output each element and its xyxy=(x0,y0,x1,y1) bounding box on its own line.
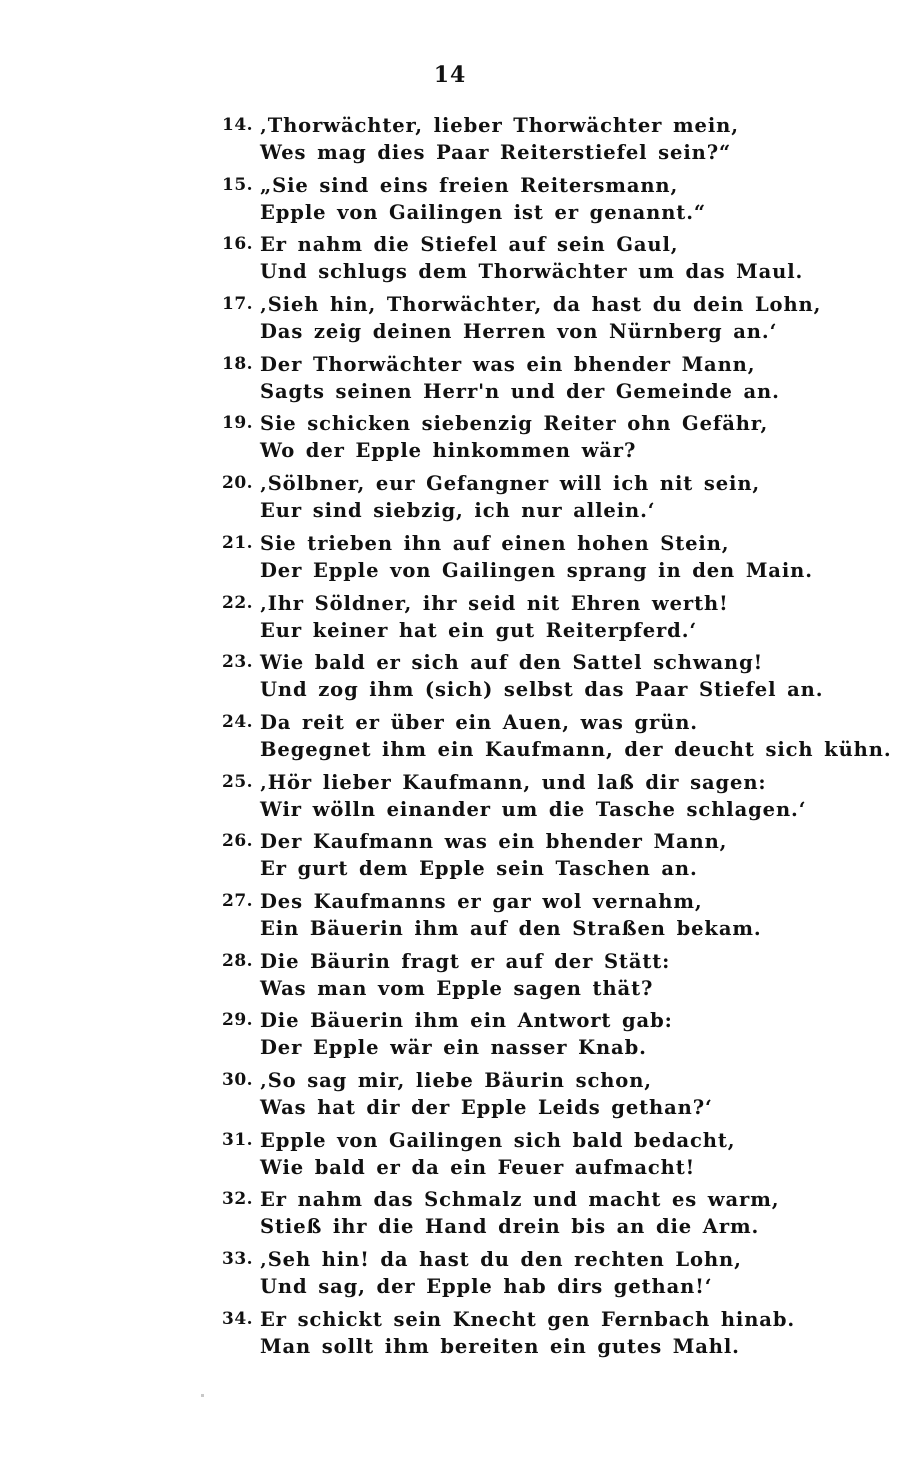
verse-line: ‚Sieh hin, Thorwächter, da hast du dein … xyxy=(260,291,821,318)
verse-line: Was hat dir der Epple Leids gethan?‘ xyxy=(260,1094,713,1121)
verse-line: „Sie sind eins freien Reitersmann, xyxy=(260,172,706,199)
stanza-lines: ‚Sieh hin, Thorwächter, da hast du dein … xyxy=(260,291,821,345)
verse-line: ‚Sölbner, eur Gefangner will ich nit sei… xyxy=(260,470,760,497)
stanza: 15.„Sie sind eins freien Reitersmann,Epp… xyxy=(222,172,742,232)
stanza-number: 16. xyxy=(222,231,253,258)
stanza: 14.‚Thorwächter, lieber Thorwächter mein… xyxy=(222,112,742,172)
verse-line: Eur keiner hat ein gut Reiterpferd.‘ xyxy=(260,617,729,644)
stanza-number: 25. xyxy=(222,769,253,796)
verse-line: ‚Hör lieber Kaufmann, und laß dir sagen: xyxy=(260,769,806,796)
poem-body: 14.‚Thorwächter, lieber Thorwächter mein… xyxy=(222,112,742,1365)
verse-line: Der Epple von Gailingen sprang in den Ma… xyxy=(260,557,813,584)
verse-line: Da reit er über ein Auen, was grün. xyxy=(260,709,892,736)
verse-line: Epple von Gailingen ist er genannt.“ xyxy=(260,199,706,226)
stanza: 20.‚Sölbner, eur Gefangner will ich nit … xyxy=(222,470,742,530)
verse-line: Und sag, der Epple hab dirs gethan!‘ xyxy=(260,1273,742,1300)
stanza-number: 22. xyxy=(222,590,253,617)
stanza-lines: ‚Hör lieber Kaufmann, und laß dir sagen:… xyxy=(260,769,806,823)
stanza-number: 32. xyxy=(222,1186,253,1213)
stanza: 24.Da reit er über ein Auen, was grün.Be… xyxy=(222,709,742,769)
stanza-number: 14. xyxy=(222,112,253,139)
stanza-lines: Er nahm die Stiefel auf sein Gaul,Und sc… xyxy=(260,231,803,285)
verse-line: Eur sind siebzig, ich nur allein.‘ xyxy=(260,497,760,524)
page-number: 14 xyxy=(0,62,900,88)
verse-line: ‚So sag mir, liebe Bäurin schon, xyxy=(260,1067,713,1094)
stanza-number: 23. xyxy=(222,649,253,676)
stanza: 16.Er nahm die Stiefel auf sein Gaul,Und… xyxy=(222,231,742,291)
stanza-number: 33. xyxy=(222,1246,253,1273)
verse-line: Ein Bäuerin ihm auf den Straßen bekam. xyxy=(260,915,762,942)
stanza-lines: Sie trieben ihn auf einen hohen Stein,De… xyxy=(260,530,813,584)
verse-line: Und zog ihm (sich) selbst das Paar Stief… xyxy=(260,676,823,703)
stanza-number: 28. xyxy=(222,948,253,975)
verse-line: Man sollt ihm bereiten ein gutes Mahl. xyxy=(260,1333,795,1360)
stanza-lines: „Sie sind eins freien Reitersmann,Epple … xyxy=(260,172,706,226)
verse-line: Was man vom Epple sagen thät? xyxy=(260,975,670,1002)
verse-line: Der Kaufmann was ein bhender Mann, xyxy=(260,828,727,855)
stanza-lines: Die Bäuerin ihm ein Antwort gab:Der Eppl… xyxy=(260,1007,673,1061)
stanza: 18.Der Thorwächter was ein bhender Mann,… xyxy=(222,351,742,411)
verse-line: Er nahm das Schmalz und macht es warm, xyxy=(260,1186,779,1213)
verse-line: Er schickt sein Knecht gen Fernbach hina… xyxy=(260,1306,795,1333)
stanza: 26.Der Kaufmann was ein bhender Mann,Er … xyxy=(222,828,742,888)
stanza-lines: Der Kaufmann was ein bhender Mann,Er gur… xyxy=(260,828,727,882)
stanza-lines: ‚So sag mir, liebe Bäurin schon,Was hat … xyxy=(260,1067,713,1121)
stanza: 23.Wie bald er sich auf den Sattel schwa… xyxy=(222,649,742,709)
verse-line: Wes mag dies Paar Reiterstiefel sein?“ xyxy=(260,139,739,166)
stanza: 29.Die Bäuerin ihm ein Antwort gab:Der E… xyxy=(222,1007,742,1067)
stanza-number: 31. xyxy=(222,1127,253,1154)
stanza-number: 27. xyxy=(222,888,253,915)
verse-line: Wir wölln einander um die Tasche schlage… xyxy=(260,796,806,823)
verse-line: Sagts seinen Herr'n und der Gemeinde an. xyxy=(260,378,780,405)
verse-line: Wie bald er da ein Feuer aufmacht! xyxy=(260,1154,735,1181)
stanza-number: 26. xyxy=(222,828,253,855)
stanza-number: 24. xyxy=(222,709,253,736)
stanza: 19.Sie schicken siebenzig Reiter ohn Gef… xyxy=(222,410,742,470)
verse-line: Sie schicken siebenzig Reiter ohn Gefähr… xyxy=(260,410,768,437)
verse-line: Die Bäuerin ihm ein Antwort gab: xyxy=(260,1007,673,1034)
stanza-lines: Sie schicken siebenzig Reiter ohn Gefähr… xyxy=(260,410,768,464)
stanza-lines: ‚Ihr Söldner, ihr seid nit Ehren werth!E… xyxy=(260,590,729,644)
stanza-lines: ‚Sölbner, eur Gefangner will ich nit sei… xyxy=(260,470,760,524)
stanza: 28.Die Bäurin fragt er auf der Stätt:Was… xyxy=(222,948,742,1008)
verse-line: Epple von Gailingen sich bald bedacht, xyxy=(260,1127,735,1154)
stanza-lines: Er nahm das Schmalz und macht es warm,St… xyxy=(260,1186,779,1240)
stanza: 32.Er nahm das Schmalz und macht es warm… xyxy=(222,1186,742,1246)
verse-line: Er gurt dem Epple sein Taschen an. xyxy=(260,855,727,882)
stanza-number: 17. xyxy=(222,291,253,318)
stanza-lines: ‚Seh hin! da hast du den rechten Lohn,Un… xyxy=(260,1246,742,1300)
verse-line: Der Epple wär ein nasser Knab. xyxy=(260,1034,673,1061)
verse-line: Stieß ihr die Hand drein bis an die Arm. xyxy=(260,1213,779,1240)
verse-line: Begegnet ihm ein Kaufmann, der deucht si… xyxy=(260,736,892,763)
verse-line: Wie bald er sich auf den Sattel schwang! xyxy=(260,649,823,676)
verse-line: Des Kaufmanns er gar wol vernahm, xyxy=(260,888,762,915)
stanza: 30.‚So sag mir, liebe Bäurin schon,Was h… xyxy=(222,1067,742,1127)
scan-dust-speck xyxy=(201,1394,204,1397)
stanza: 17.‚Sieh hin, Thorwächter, da hast du de… xyxy=(222,291,742,351)
verse-line: ‚Seh hin! da hast du den rechten Lohn, xyxy=(260,1246,742,1273)
stanza-lines: ‚Thorwächter, lieber Thorwächter mein,We… xyxy=(260,112,739,166)
verse-line: Der Thorwächter was ein bhender Mann, xyxy=(260,351,780,378)
stanza-lines: Die Bäurin fragt er auf der Stätt:Was ma… xyxy=(260,948,670,1002)
stanza: 31.Epple von Gailingen sich bald bedacht… xyxy=(222,1127,742,1187)
stanza-number: 21. xyxy=(222,530,253,557)
verse-line: Und schlugs dem Thorwächter um das Maul. xyxy=(260,258,803,285)
stanza-lines: Er schickt sein Knecht gen Fernbach hina… xyxy=(260,1306,795,1360)
stanza: 27.Des Kaufmanns er gar wol vernahm,Ein … xyxy=(222,888,742,948)
stanza-lines: Wie bald er sich auf den Sattel schwang!… xyxy=(260,649,823,703)
stanza: 33.‚Seh hin! da hast du den rechten Lohn… xyxy=(222,1246,742,1306)
verse-line: Er nahm die Stiefel auf sein Gaul, xyxy=(260,231,803,258)
stanza-number: 20. xyxy=(222,470,253,497)
stanza-number: 29. xyxy=(222,1007,253,1034)
verse-line: Wo der Epple hinkommen wär? xyxy=(260,437,768,464)
stanza-lines: Da reit er über ein Auen, was grün.Begeg… xyxy=(260,709,892,763)
verse-line: ‚Ihr Söldner, ihr seid nit Ehren werth! xyxy=(260,590,729,617)
stanza: 25.‚Hör lieber Kaufmann, und laß dir sag… xyxy=(222,769,742,829)
stanza-lines: Des Kaufmanns er gar wol vernahm,Ein Bäu… xyxy=(260,888,762,942)
verse-line: Das zeig deinen Herren von Nürnberg an.‘ xyxy=(260,318,821,345)
stanza: 22.‚Ihr Söldner, ihr seid nit Ehren wert… xyxy=(222,590,742,650)
stanza: 21.Sie trieben ihn auf einen hohen Stein… xyxy=(222,530,742,590)
stanza-number: 30. xyxy=(222,1067,253,1094)
stanza-number: 15. xyxy=(222,172,253,199)
stanza-lines: Der Thorwächter was ein bhender Mann,Sag… xyxy=(260,351,780,405)
stanza-lines: Epple von Gailingen sich bald bedacht,Wi… xyxy=(260,1127,735,1181)
stanza: 34.Er schickt sein Knecht gen Fernbach h… xyxy=(222,1306,742,1366)
stanza-number: 18. xyxy=(222,351,253,378)
stanza-number: 34. xyxy=(222,1306,253,1333)
verse-line: ‚Thorwächter, lieber Thorwächter mein, xyxy=(260,112,739,139)
stanza-number: 19. xyxy=(222,410,253,437)
verse-line: Die Bäurin fragt er auf der Stätt: xyxy=(260,948,670,975)
verse-line: Sie trieben ihn auf einen hohen Stein, xyxy=(260,530,813,557)
